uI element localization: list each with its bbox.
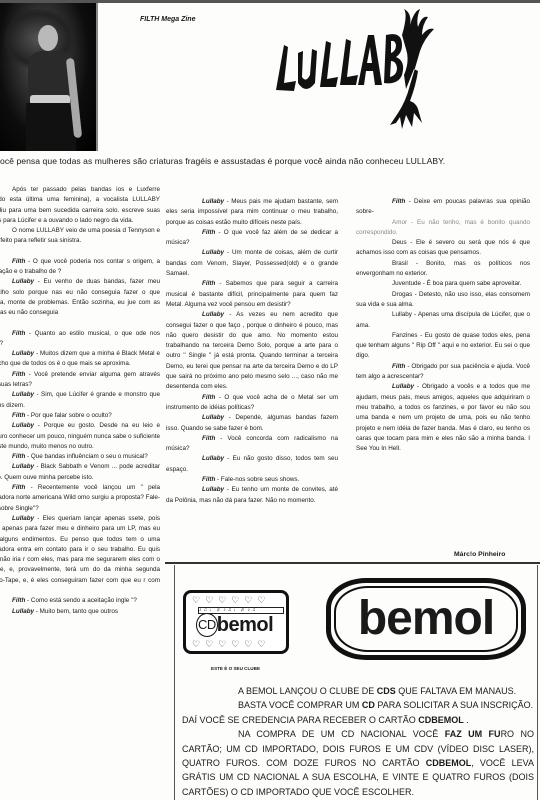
bemol-wordmark: bemol bbox=[331, 591, 521, 647]
answer: Lullaby - As vezes eu nem acredito que c… bbox=[166, 310, 338, 392]
question: Filth - Você pretende enviar alguma gem … bbox=[0, 370, 160, 391]
answer: Lullaby - Um monte de coisas, além de cu… bbox=[166, 248, 338, 279]
ad-line-3: DAÍ VOCÊ SE CREDENCIA PARA RECEBER O CAR… bbox=[182, 713, 534, 727]
question: Filth - O que você acha de o Metal ser u… bbox=[166, 393, 338, 414]
answer: Lullaby - Depende, algumas bandas fazem … bbox=[166, 413, 338, 434]
answer: Lullaby - Black Sabbath e Venom ... pode… bbox=[0, 462, 160, 483]
lullaby-logo-icon bbox=[270, 5, 450, 150]
question: Filth - Recentemente você lançou um " pe… bbox=[0, 483, 160, 514]
advertisement-text: A BEMOL LANÇOU O CLUBE DE CDS QUE FALTAV… bbox=[182, 684, 534, 799]
answer: Lullaby - Meus pais me ajudam bastante, … bbox=[166, 197, 338, 228]
opinion-brasil: Brasil - Bonito, mas os políticos nos en… bbox=[356, 259, 530, 280]
article-column-2: Lullaby - Meus pais me ajudam bastante, … bbox=[166, 197, 338, 506]
bemol-brand-logo: bemol bbox=[326, 578, 526, 660]
opinion-drogas: Drogas - Detesto, não uso isso, elas con… bbox=[356, 290, 530, 311]
question: Filth - Obrigado por sua paciência e aju… bbox=[356, 362, 530, 383]
article-column-1: Após ter passado pelas bandas ios e Luxf… bbox=[0, 185, 160, 617]
photo-face bbox=[38, 25, 58, 51]
question: Filth - Fale-nos sobre seus shows. bbox=[166, 475, 338, 485]
intro-paragraph: Após ter passado pelas bandas ios e Luxf… bbox=[0, 185, 160, 226]
photo-skirt bbox=[26, 103, 76, 151]
question: Filth - O que você poderia nos contar s … bbox=[0, 257, 160, 278]
answer: Lullaby - Eu tenho um monte de convites,… bbox=[166, 485, 338, 506]
ad-line-1: A BEMOL LANÇOU O CLUBE DE CDS QUE FALTAV… bbox=[182, 684, 534, 698]
cdbemol-club-card: ♡♡♡♡♡♡ ♪♫♩♬♪♫♩♬♪♫ CDbemol ♡♡♡♡♡♡ bbox=[183, 590, 289, 654]
opinion-lullaby: Lullaby - Apenas uma discípula de Lúcife… bbox=[356, 310, 530, 331]
answer: Lullaby - Muito bem, tanto que outros bbox=[0, 607, 160, 617]
question: Filth - Deixe em poucas palavras sua opi… bbox=[356, 197, 530, 218]
question: Filth - Quanto ao estilo musical, o que … bbox=[0, 329, 160, 350]
answer: Lullaby - Porque eu gosto. Desde na eu l… bbox=[0, 421, 160, 452]
intro-paragraph-2: O nome LULLABY veio de uma poesia d Tenn… bbox=[0, 226, 160, 247]
answer: Lullaby - Eu não gosto disso, todos tem … bbox=[166, 454, 338, 475]
question: Filth - O que você faz além de se dedica… bbox=[166, 228, 338, 249]
question: Filth - Por que falar sobre o oculto? bbox=[0, 411, 160, 421]
heart-icons-row: ♡♡♡♡♡♡ bbox=[192, 639, 270, 650]
headline: ocê pensa que todas as mulheres são cria… bbox=[0, 156, 540, 166]
ad-line-2: BASTA VOCÊ COMPRAR UM CD PARA SOLICITAR … bbox=[182, 698, 534, 712]
opinion-amor: Amor - Eu não tenho, mas é bonito quando… bbox=[356, 218, 530, 239]
opinion-fanzines: Fanzines - Eu gosto de quase todos eles,… bbox=[356, 331, 530, 362]
masthead: FILTH Mega Zine bbox=[140, 16, 195, 23]
opinion-deus: Deus - Ele é severo ou será que nós é qu… bbox=[356, 238, 530, 259]
answer: Lullaby - Obrigado a vocês e a todos que… bbox=[356, 382, 530, 454]
question: Filth - Que bandas influênciam o seu o m… bbox=[0, 452, 160, 462]
heart-icons-row: ♡♡♡♡♡♡ bbox=[192, 595, 270, 606]
article-column-3: Filth - Deixe em poucas palavras sua opi… bbox=[356, 197, 530, 454]
cdbemol-logo: CDbemol bbox=[196, 613, 273, 637]
opinion-juventude: Juventude - É boa para quem sabe aprovei… bbox=[356, 279, 530, 289]
answer: Lullaby - Muitos dizem que a minha é Bla… bbox=[0, 349, 160, 370]
answer: Lullaby - Eles queriam lançar apenas sse… bbox=[0, 514, 160, 596]
question: Filth - Sabemos que para seguir a carrei… bbox=[166, 279, 338, 310]
question: Filth - Você concorda com radicalismo na… bbox=[166, 434, 338, 455]
ad-paragraph-2: NA COMPRA DE UM CD NACIONAL VOCÊ FAZ UM … bbox=[182, 727, 534, 799]
cd-disc-icon: CD bbox=[196, 613, 218, 637]
advertisement-top-rule bbox=[165, 562, 540, 564]
question: Filth - Como está sendo a aceitação ingl… bbox=[0, 596, 160, 606]
club-caption: ESTE É O SEU CLUBE bbox=[211, 666, 260, 671]
vocalist-photo bbox=[0, 3, 98, 151]
answer: Lullaby - Sim, que Lúcifer é grande e mo… bbox=[0, 390, 160, 411]
author-signature: Márc!o Pinheiro bbox=[454, 551, 505, 558]
answer: Lullaby - Eu venho de duas bandas, fazer… bbox=[0, 277, 160, 318]
